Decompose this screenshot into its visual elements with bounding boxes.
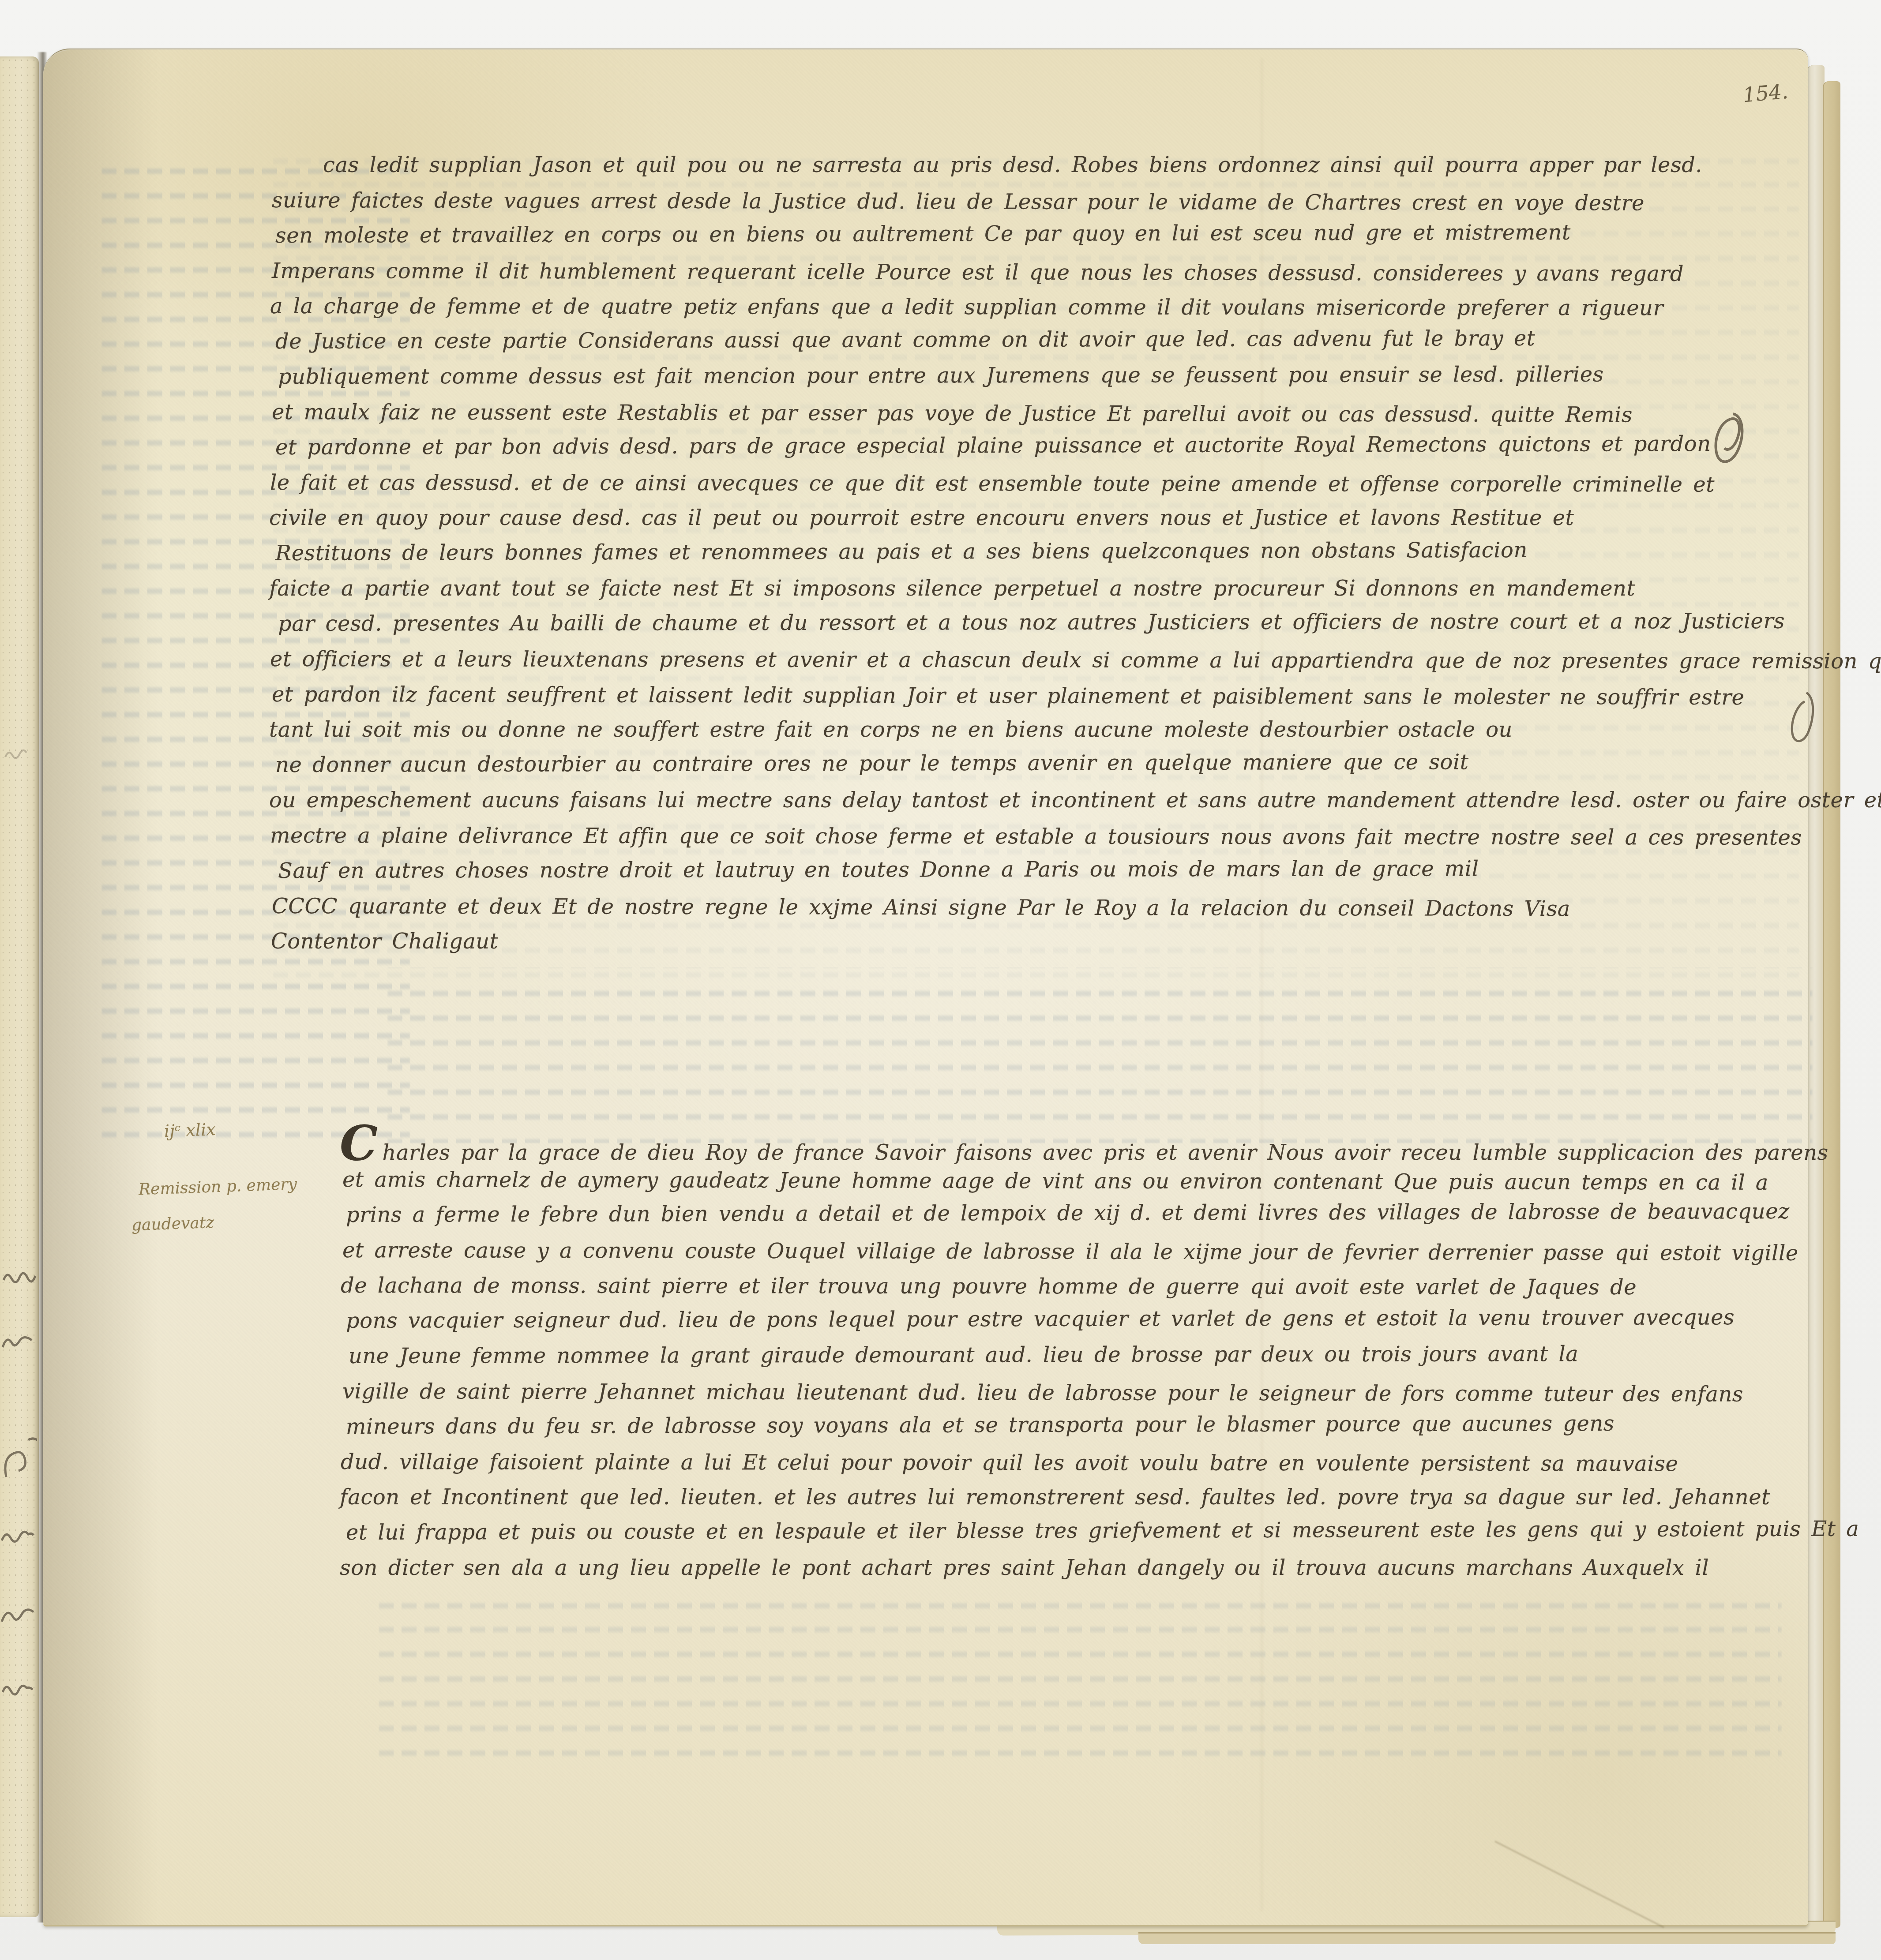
text-line: CCCC quarante et deux Et de nostre regne… <box>272 888 1881 927</box>
ink-fragment <box>2 1433 37 1486</box>
text-line: le fait et cas dessusd. et de ce ainsi a… <box>270 465 1881 502</box>
text-line: dud. villaige faisoient plainte a lui Et… <box>341 1444 1854 1482</box>
ink-fragment <box>3 1267 37 1287</box>
ink-fragment <box>0 1600 35 1631</box>
text-line: sen moleste et travaillez en corps ou en… <box>275 214 1881 253</box>
manuscript-scan: { "document": { "folio_number": "154.", … <box>0 0 1881 1960</box>
margin-note-name: gaudevatz <box>131 1214 214 1235</box>
text-line: civile en quoy pour cause desd. cas il p… <box>269 500 1881 536</box>
text-line-signature: Contentor Chaligaut <box>271 924 1881 959</box>
under-sheet-edge-bottom-2 <box>1138 1932 1836 1944</box>
text-block-previous-letter: cas ledit supplian Jason et quil pou ou … <box>269 147 1881 959</box>
text-line: Sauf en autres choses nostre droit et la… <box>278 850 1881 888</box>
ink-fragment <box>1 1330 34 1356</box>
text-line: pons vacquier seigneur dud. lieu de pons… <box>346 1300 1859 1338</box>
margin-note-entry-number: ijᶜ xlix <box>164 1120 216 1141</box>
diagonal-crease <box>1494 1840 1664 1928</box>
text-line: ne donner aucun destourbier au contraire… <box>275 743 1881 783</box>
text-line: cas ledit supplian Jason et quil pou ou … <box>323 147 1881 183</box>
margin-note-title: Remission p. emery <box>138 1175 297 1199</box>
text-line: publiquement comme dessus est fait menci… <box>278 356 1881 394</box>
text-line: ou empeschement aucuns faisans lui mectr… <box>269 783 1881 818</box>
text-line: mectre a plaine delivrance Et affin que … <box>270 818 1881 855</box>
manuscript-page: 154. ijᶜ xlix Remission p. emery gaudeva… <box>43 49 1808 1926</box>
text-line: prins a ferme le febre dun bien vendu a … <box>346 1194 1859 1233</box>
ink-fragment <box>1 1525 34 1549</box>
text-block-remission-letter: Charles par la grace de dieu Roy de fran… <box>340 1127 1853 1585</box>
text-line: tant lui soit mis ou donne ne souffert e… <box>269 712 1881 747</box>
text-line: et arreste cause y a convenu couste Ouqu… <box>342 1233 1856 1271</box>
text-line-opening: Charles par la grace de dieu Roy de fran… <box>340 1127 1853 1162</box>
text-line: mineurs dans du feu sr. de labrosse soy … <box>346 1405 1859 1444</box>
gutter-shading <box>43 49 158 1925</box>
text-line: et officiers et a leurs lieuxtenans pres… <box>270 641 1881 679</box>
text-line: de Justice en ceste partie Considerans a… <box>275 320 1881 359</box>
show-through-text <box>387 967 1813 1143</box>
text-line: facon et Incontinent que led. lieuten. e… <box>340 1480 1853 1515</box>
text-line: par cesd. presentes Au bailli de chaume … <box>278 603 1881 641</box>
ink-fragment <box>4 745 33 764</box>
previous-leaf-edge <box>0 56 39 1917</box>
text-line: son dicter sen ala a ung lieu appelle le… <box>340 1550 1853 1585</box>
text-line: une Jeune femme nommee la grant giraude … <box>349 1336 1862 1374</box>
text-line: et pardonne et par bon advis desd. pars … <box>275 426 1881 465</box>
text-line: Restituons de leurs bonnes fames et reno… <box>275 532 1881 571</box>
text-line: faicte a partie avant tout se faicte nes… <box>269 571 1881 606</box>
folio-number: 154. <box>1742 79 1789 107</box>
ink-fragment <box>2 1678 34 1700</box>
show-through-text <box>379 1598 1782 1770</box>
text-line: Imperans comme il dit humblement requera… <box>272 253 1881 292</box>
text-line: et pardon ilz facent seuffrent et laisse… <box>272 677 1881 716</box>
text-line: et lui frappa et puis ou couste et en le… <box>346 1511 1859 1550</box>
